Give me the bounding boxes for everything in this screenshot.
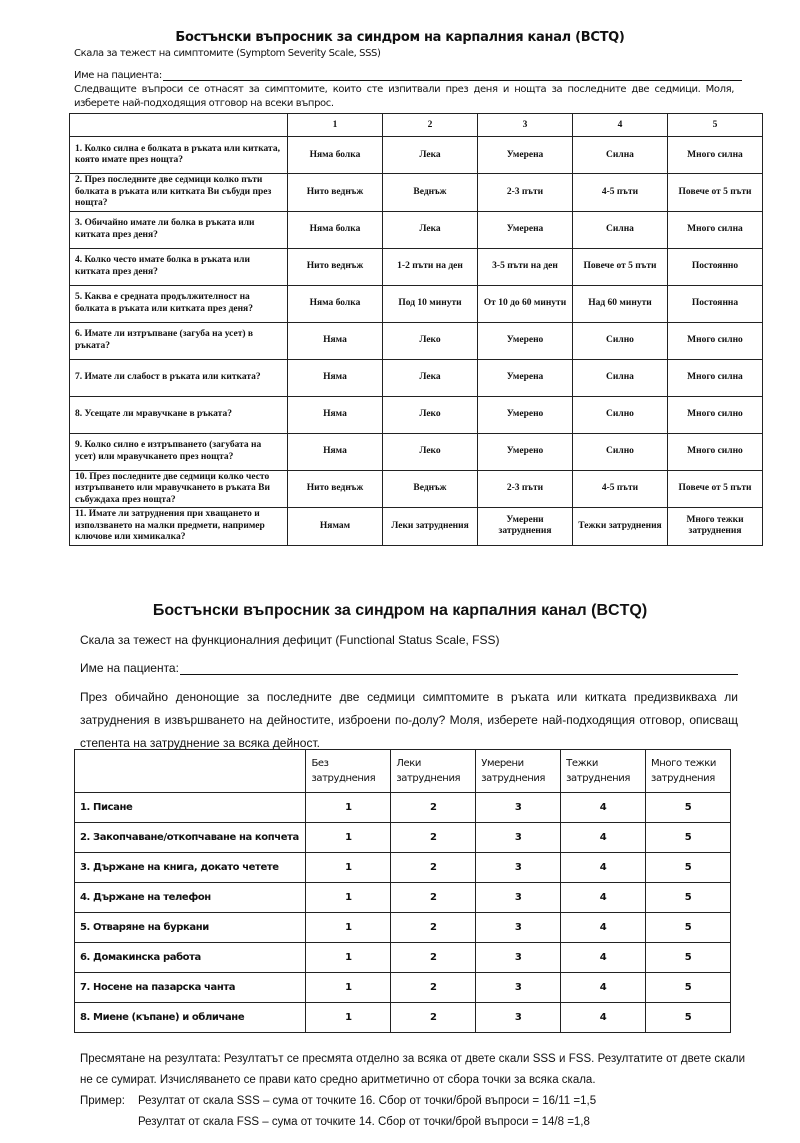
- sss-question-text: 5. Каква е средната продължителност на б…: [70, 285, 288, 322]
- sss-question-row: 6. Имате ли изтръпване (загуба на усет) …: [70, 322, 763, 359]
- fss-instructions: През обичайно денонощие за последните дв…: [80, 686, 738, 755]
- sss-answer-option[interactable]: Умерено: [478, 322, 573, 359]
- calculation-paragraph: Пресмятане на резултата: Резултатът се п…: [80, 1049, 745, 1091]
- sss-answer-option[interactable]: Силно: [573, 433, 668, 470]
- sss-answer-option[interactable]: Много силна: [668, 137, 763, 174]
- fss-table: Без затрудненияЛеки затрудненияУмерени з…: [74, 749, 731, 1033]
- sss-question-row: 3. Обичайно имате ли болка в ръката или …: [70, 211, 763, 248]
- sss-answer-option[interactable]: Умерена: [478, 137, 573, 174]
- calculation-example-sss: Пример: Резултат от скала SSS – сума от …: [80, 1091, 745, 1112]
- sss-answer-option[interactable]: Леко: [383, 396, 478, 433]
- fss-score-option[interactable]: 4: [561, 1003, 646, 1033]
- fss-activity-text: 4. Държане на телефон: [75, 883, 306, 913]
- sss-answer-option[interactable]: Много силна: [668, 359, 763, 396]
- sss-answer-option[interactable]: Силно: [573, 322, 668, 359]
- sss-patient-name-label: Име на пациента:: [74, 70, 162, 81]
- sss-answer-option[interactable]: Много тежки затруднения: [668, 508, 763, 546]
- fss-score-option[interactable]: 5: [646, 1003, 731, 1033]
- fss-score-option[interactable]: 3: [476, 1003, 561, 1033]
- example-fss-text: Резултат от скала FSS – сума от точките …: [80, 1112, 745, 1133]
- fss-header-row: Без затрудненияЛеки затрудненияУмерени з…: [75, 750, 731, 793]
- fss-score-option[interactable]: 2: [391, 793, 476, 823]
- fss-patient-name-line[interactable]: [180, 662, 738, 675]
- sss-question-row: 1. Колко силна е болката в ръката или ки…: [70, 137, 763, 174]
- score-calculation: Пресмятане на резултата: Резултатът се п…: [80, 1049, 745, 1133]
- sss-answer-option[interactable]: 4-5 пъти: [573, 470, 668, 508]
- fss-header-level: Леки затруднения: [391, 750, 476, 793]
- sss-question-text: 7. Имате ли слабост в ръката или китката…: [70, 359, 288, 396]
- fss-title: Бостънски въпросник за синдром на карпал…: [0, 602, 800, 620]
- fss-header-level: Тежки затруднения: [561, 750, 646, 793]
- fss-score-option[interactable]: 3: [476, 883, 561, 913]
- sss-question-text: 9. Колко силно е изтръпването (загубата …: [70, 433, 288, 470]
- sss-answer-option[interactable]: Няма болка: [288, 285, 383, 322]
- fss-score-option[interactable]: 4: [561, 973, 646, 1003]
- fss-score-option[interactable]: 2: [391, 943, 476, 973]
- example-label: Пример:: [80, 1091, 138, 1112]
- sss-answer-option[interactable]: Постоянно: [668, 248, 763, 285]
- sss-question-text: 4. Колко често имате болка в ръката или …: [70, 248, 288, 285]
- sss-answer-option[interactable]: Нямам: [288, 508, 383, 546]
- sss-answer-option[interactable]: Много силно: [668, 322, 763, 359]
- fss-score-option[interactable]: 1: [306, 823, 391, 853]
- sss-answer-option[interactable]: Много силно: [668, 396, 763, 433]
- sss-answer-option[interactable]: Силна: [573, 359, 668, 396]
- sss-question-text: 8. Усещате ли мравучкане в ръката?: [70, 396, 288, 433]
- fss-activity-row: 3. Държане на книга, докато четете12345: [75, 853, 731, 883]
- sss-title: Бостънски въпросник за синдром на карпал…: [0, 30, 800, 45]
- fss-score-option[interactable]: 1: [306, 793, 391, 823]
- sss-answer-option[interactable]: Тежки затруднения: [573, 508, 668, 546]
- sss-header-score: 1: [288, 114, 383, 137]
- sss-question-row: 7. Имате ли слабост в ръката или китката…: [70, 359, 763, 396]
- sss-question-row: 11. Имате ли затруднения при хващането и…: [70, 508, 763, 546]
- sss-answer-option[interactable]: Лека: [383, 359, 478, 396]
- fss-score-option[interactable]: 5: [646, 943, 731, 973]
- sss-answer-option[interactable]: 1-2 пъти на ден: [383, 248, 478, 285]
- sss-answer-option[interactable]: 4-5 пъти: [573, 174, 668, 212]
- sss-answer-option[interactable]: Няма: [288, 322, 383, 359]
- fss-activity-text: 1. Писане: [75, 793, 306, 823]
- sss-question-text: 3. Обичайно имате ли болка в ръката или …: [70, 211, 288, 248]
- fss-score-option[interactable]: 3: [476, 853, 561, 883]
- fss-score-option[interactable]: 3: [476, 973, 561, 1003]
- sss-question-row: 2. През последните две седмици колко път…: [70, 174, 763, 212]
- fss-score-option[interactable]: 1: [306, 973, 391, 1003]
- sss-answer-option[interactable]: Умерена: [478, 359, 573, 396]
- sss-question-row: 5. Каква е средната продължителност на б…: [70, 285, 763, 322]
- sss-header-score: 5: [668, 114, 763, 137]
- sss-question-row: 9. Колко силно е изтръпването (загубата …: [70, 433, 763, 470]
- sss-table: 12345 1. Колко силна е болката в ръката …: [69, 113, 763, 546]
- sss-question-text: 2. През последните две седмици колко път…: [70, 174, 288, 212]
- fss-activity-row: 5. Отваряне на буркани12345: [75, 913, 731, 943]
- sss-answer-option[interactable]: 2-3 пъти: [478, 470, 573, 508]
- fss-header-level: Без затруднения: [306, 750, 391, 793]
- fss-activity-text: 6. Домакинска работа: [75, 943, 306, 973]
- sss-answer-option[interactable]: Умерено: [478, 433, 573, 470]
- sss-answer-option[interactable]: Няма: [288, 359, 383, 396]
- sss-answer-option[interactable]: Силно: [573, 396, 668, 433]
- sss-answer-option[interactable]: Умерена: [478, 211, 573, 248]
- sss-answer-option[interactable]: Леки затруднения: [383, 508, 478, 546]
- sss-answer-option[interactable]: Под 10 минути: [383, 285, 478, 322]
- fss-header-level: Умерени затруднения: [476, 750, 561, 793]
- sss-answer-option[interactable]: Нито веднъж: [288, 470, 383, 508]
- fss-activity-text: 2. Закопчаване/откопчаване на копчета: [75, 823, 306, 853]
- fss-activity-row: 2. Закопчаване/откопчаване на копчета123…: [75, 823, 731, 853]
- fss-activity-text: 8. Миене (къпане) и обличане: [75, 1003, 306, 1033]
- fss-score-option[interactable]: 1: [306, 913, 391, 943]
- fss-patient-name-label: Име на пациента:: [80, 661, 179, 675]
- sss-answer-option[interactable]: Много силно: [668, 433, 763, 470]
- sss-answer-option[interactable]: 3-5 пъти на ден: [478, 248, 573, 285]
- fss-header-level: Много тежки затруднения: [646, 750, 731, 793]
- fss-activity-row: 6. Домакинска работа12345: [75, 943, 731, 973]
- fss-score-option[interactable]: 2: [391, 913, 476, 943]
- fss-activity-row: 4. Държане на телефон12345: [75, 883, 731, 913]
- sss-header-score: 4: [573, 114, 668, 137]
- sss-answer-option[interactable]: Леко: [383, 322, 478, 359]
- sss-question-text: 10. През последните две седмици колко че…: [70, 470, 288, 508]
- fss-score-option[interactable]: 5: [646, 913, 731, 943]
- sss-answer-option[interactable]: Няма болка: [288, 137, 383, 174]
- fss-score-option[interactable]: 2: [391, 883, 476, 913]
- sss-answer-option[interactable]: Повече от 5 пъти: [668, 470, 763, 508]
- fss-activity-row: 8. Миене (къпане) и обличане12345: [75, 1003, 731, 1033]
- sss-answer-option[interactable]: Нито веднъж: [288, 248, 383, 285]
- fss-score-option[interactable]: 4: [561, 793, 646, 823]
- fss-subtitle: Скала за тежест на функционалния дефицит…: [80, 633, 500, 647]
- fss-score-option[interactable]: 2: [391, 823, 476, 853]
- sss-header-score: 2: [383, 114, 478, 137]
- sss-subtitle: Скала за тежест на симптомите (Symptom S…: [74, 48, 380, 59]
- fss-activity-text: 7. Носене на пазарска чанта: [75, 973, 306, 1003]
- fss-score-option[interactable]: 1: [306, 853, 391, 883]
- fss-score-option[interactable]: 2: [391, 1003, 476, 1033]
- sss-answer-option[interactable]: Силна: [573, 137, 668, 174]
- sss-answer-option[interactable]: Умерено: [478, 396, 573, 433]
- sss-answer-option[interactable]: Постоянна: [668, 285, 763, 322]
- sss-header-row: 12345: [70, 114, 763, 137]
- sss-patient-name-line[interactable]: [163, 70, 742, 81]
- sss-header-score: 3: [478, 114, 573, 137]
- fss-score-option[interactable]: 4: [561, 883, 646, 913]
- sss-answer-option[interactable]: Нито веднъж: [288, 174, 383, 212]
- sss-answer-option[interactable]: Силна: [573, 211, 668, 248]
- fss-score-option[interactable]: 5: [646, 853, 731, 883]
- sss-answer-option[interactable]: Лека: [383, 137, 478, 174]
- sss-question-text: 1. Колко силна е болката в ръката или ки…: [70, 137, 288, 174]
- fss-score-option[interactable]: 5: [646, 823, 731, 853]
- sss-question-row: 8. Усещате ли мравучкане в ръката?НямаЛе…: [70, 396, 763, 433]
- sss-answer-option[interactable]: Повече от 5 пъти: [573, 248, 668, 285]
- fss-score-option[interactable]: 1: [306, 943, 391, 973]
- fss-score-option[interactable]: 4: [561, 823, 646, 853]
- fss-header-blank: [75, 750, 306, 793]
- fss-score-option[interactable]: 5: [646, 883, 731, 913]
- sss-answer-option[interactable]: Леко: [383, 433, 478, 470]
- sss-question-row: 10. През последните две седмици колко че…: [70, 470, 763, 508]
- fss-score-option[interactable]: 5: [646, 973, 731, 1003]
- sss-question-row: 4. Колко често имате болка в ръката или …: [70, 248, 763, 285]
- fss-score-option[interactable]: 3: [476, 793, 561, 823]
- sss-answer-option[interactable]: Веднъж: [383, 174, 478, 212]
- sss-answer-option[interactable]: Лека: [383, 211, 478, 248]
- fss-activity-row: 1. Писане12345: [75, 793, 731, 823]
- sss-instructions: Следващите въпроси се отнасят за симптом…: [74, 83, 734, 111]
- sss-question-text: 6. Имате ли изтръпване (загуба на усет) …: [70, 322, 288, 359]
- sss-answer-option[interactable]: Много силна: [668, 211, 763, 248]
- example-sss-text: Резултат от скала SSS – сума от точките …: [138, 1091, 596, 1112]
- sss-answer-option[interactable]: Над 60 минути: [573, 285, 668, 322]
- fss-score-option[interactable]: 3: [476, 913, 561, 943]
- sss-answer-option[interactable]: Повече от 5 пъти: [668, 174, 763, 212]
- fss-score-option[interactable]: 4: [561, 913, 646, 943]
- fss-activity-text: 5. Отваряне на буркани: [75, 913, 306, 943]
- sss-answer-option[interactable]: Веднъж: [383, 470, 478, 508]
- sss-answer-option[interactable]: Умерени затруднения: [478, 508, 573, 546]
- sss-answer-option[interactable]: 2-3 пъти: [478, 174, 573, 212]
- sss-answer-option[interactable]: От 10 до 60 минути: [478, 285, 573, 322]
- fss-score-option[interactable]: 2: [391, 973, 476, 1003]
- fss-patient-name-field[interactable]: Име на пациента:: [80, 661, 738, 675]
- fss-score-option[interactable]: 4: [561, 943, 646, 973]
- fss-score-option[interactable]: 4: [561, 853, 646, 883]
- fss-score-option[interactable]: 2: [391, 853, 476, 883]
- fss-score-option[interactable]: 5: [646, 793, 731, 823]
- fss-activity-text: 3. Държане на книга, докато четете: [75, 853, 306, 883]
- fss-score-option[interactable]: 1: [306, 883, 391, 913]
- fss-score-option[interactable]: 3: [476, 943, 561, 973]
- sss-answer-option[interactable]: Няма болка: [288, 211, 383, 248]
- sss-patient-name-field[interactable]: Име на пациента:: [74, 70, 742, 81]
- sss-answer-option[interactable]: Няма: [288, 433, 383, 470]
- fss-score-option[interactable]: 1: [306, 1003, 391, 1033]
- sss-header-blank: [70, 114, 288, 137]
- fss-activity-row: 7. Носене на пазарска чанта12345: [75, 973, 731, 1003]
- sss-question-text: 11. Имате ли затруднения при хващането и…: [70, 508, 288, 546]
- sss-answer-option[interactable]: Няма: [288, 396, 383, 433]
- fss-score-option[interactable]: 3: [476, 823, 561, 853]
